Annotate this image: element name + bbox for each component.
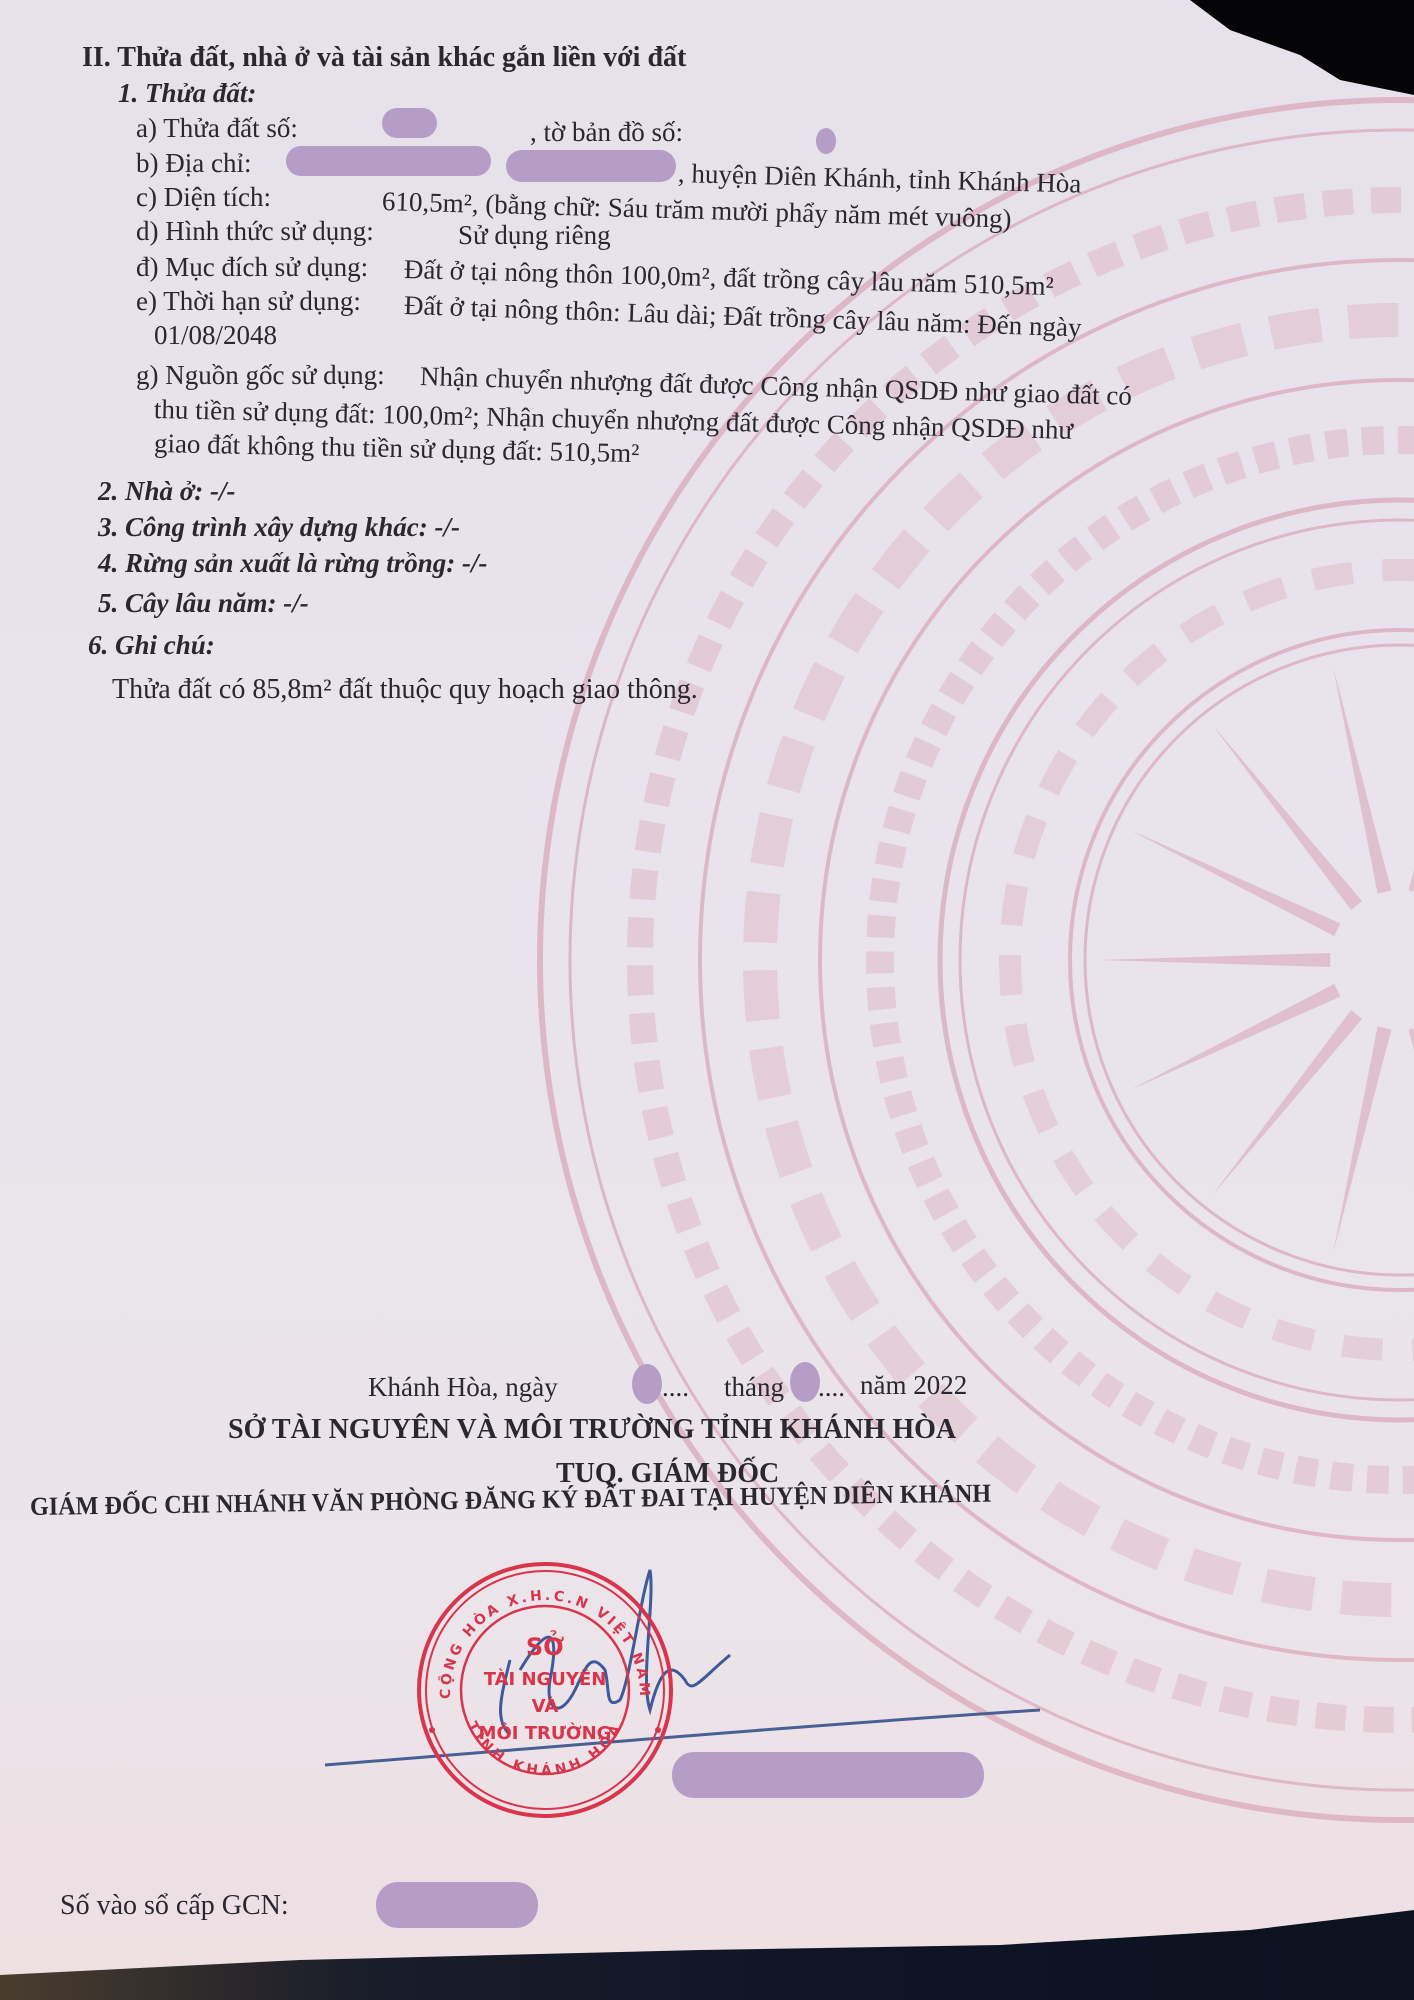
svg-text:SỞ: SỞ [526,1628,564,1661]
place-date-prefix: Khánh Hòa, ngày [368,1374,558,1401]
day-dots: .... [662,1374,689,1401]
redacted-registry-number [376,1882,538,1928]
map-sheet-label: , tờ bản đồ số: [530,119,683,146]
redacted-signer-name [672,1752,984,1798]
address-tail: , huyện Diên Khánh, tỉnh Khánh Hòa [678,160,1082,198]
registry-label: Số vào sổ cấp GCN: [60,1892,289,1920]
redacted-map-sheet-number [816,128,836,154]
redacted-day [632,1364,662,1404]
area-label: c) Diện tích: [136,184,271,211]
production-forest-item: 4. Rừng sản xuất là rừng trồng: -/- [98,550,487,577]
redacted-month [790,1362,820,1402]
svg-text:VÀ: VÀ [532,1695,559,1717]
origin-label: g) Nguồn gốc sử dụng: [136,362,385,389]
redacted-address-2 [506,150,676,182]
house-item: 2. Nhà ở: -/- [98,478,235,505]
official-stamp: CỘNG HÒA X.H.C.N VIỆT NAM TỈNH KHÁNH HÒA… [410,1555,680,1825]
svg-text:TÀI NGUYÊN: TÀI NGUYÊN [484,1668,607,1690]
term-label: e) Thời hạn sử dụng: [136,288,361,315]
purpose-label: đ) Mục đích sử dụng: [136,254,368,281]
redacted-parcel-number [382,108,437,138]
month-dots: .... [818,1374,845,1401]
perennial-trees-item: 5. Cây lâu năm: -/- [98,590,309,617]
svg-text:MÔI TRƯỜNG: MÔI TRƯỜNG [479,1722,612,1744]
other-construction-item: 3. Công trình xây dựng khác: -/- [98,514,460,541]
term-value: Đất ở tại nông thôn: Lâu dài; Đất trồng … [404,292,1082,341]
origin-value-line-3: giao đất không thu tiền sử dụng đất: 510… [154,430,640,467]
usage-form-label: d) Hình thức sử dụng: [136,218,374,245]
usage-form-value: Sử dụng riêng [458,222,611,249]
year-label: năm 2022 [860,1372,967,1399]
term-value-continued: 01/08/2048 [154,322,277,349]
address-label: b) Địa chỉ: [136,150,251,177]
month-label: tháng [724,1374,784,1401]
agency-name: SỞ TÀI NGUYÊN VÀ MÔI TRƯỜNG TỈNH KHÁNH H… [228,1416,956,1444]
certificate-page: II. Thửa đất, nhà ở và tài sản khác gắn … [0,0,1414,2000]
notes-value: Thửa đất có 85,8m² đất thuộc quy hoạch g… [112,676,698,704]
section-title: II. Thửa đất, nhà ở và tài sản khác gắn … [82,44,686,72]
redacted-address-1 [286,146,491,176]
signer-title: GIÁM ĐỐC CHI NHÁNH VĂN PHÒNG ĐĂNG KÝ ĐẤT… [30,1481,991,1520]
land-heading: 1. Thửa đất: [118,80,256,107]
notes-heading: 6. Ghi chú: [88,632,215,659]
parcel-number-label: a) Thửa đất số: [136,115,298,142]
